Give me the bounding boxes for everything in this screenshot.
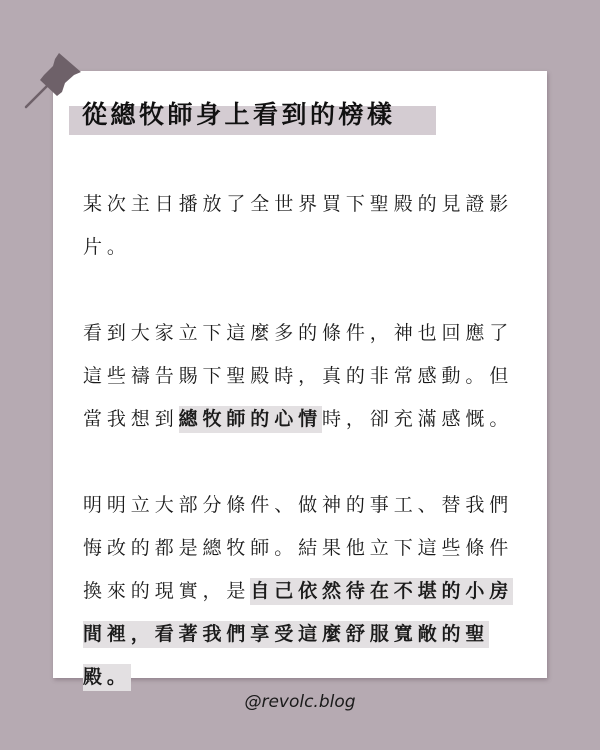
paragraph-1: 某次主日播放了全世界買下聖殿的見證影片。	[83, 183, 523, 269]
post-card: 從總牧師身上看到的榜樣 某次主日播放了全世界買下聖殿的見證影片。 看到大家立下這…	[53, 71, 547, 678]
paragraph-2-highlight: 總牧師的心情	[179, 406, 322, 433]
paragraph-3: 明明立大部分條件、做神的事工、替我們悔改的都是總牧師。結果他立下這些條件換來的現…	[83, 484, 523, 699]
blog-handle: @revolc.blog	[0, 692, 600, 712]
paragraph-2: 看到大家立下這麼多的條件，神也回應了這些禱告賜下聖殿時，真的非常感動。但當我想到…	[83, 312, 523, 441]
title-block: 從總牧師身上看到的榜樣	[69, 97, 396, 133]
pushpin-icon	[22, 50, 86, 112]
post-body: 某次主日播放了全世界買下聖殿的見證影片。 看到大家立下這麼多的條件，神也回應了這…	[83, 183, 523, 742]
paragraph-2-text-b: 時，卻充滿感慨。	[322, 408, 513, 430]
paragraph-1-text: 某次主日播放了全世界買下聖殿的見證影片。	[83, 193, 513, 258]
post-title: 從總牧師身上看到的榜樣	[69, 97, 396, 133]
